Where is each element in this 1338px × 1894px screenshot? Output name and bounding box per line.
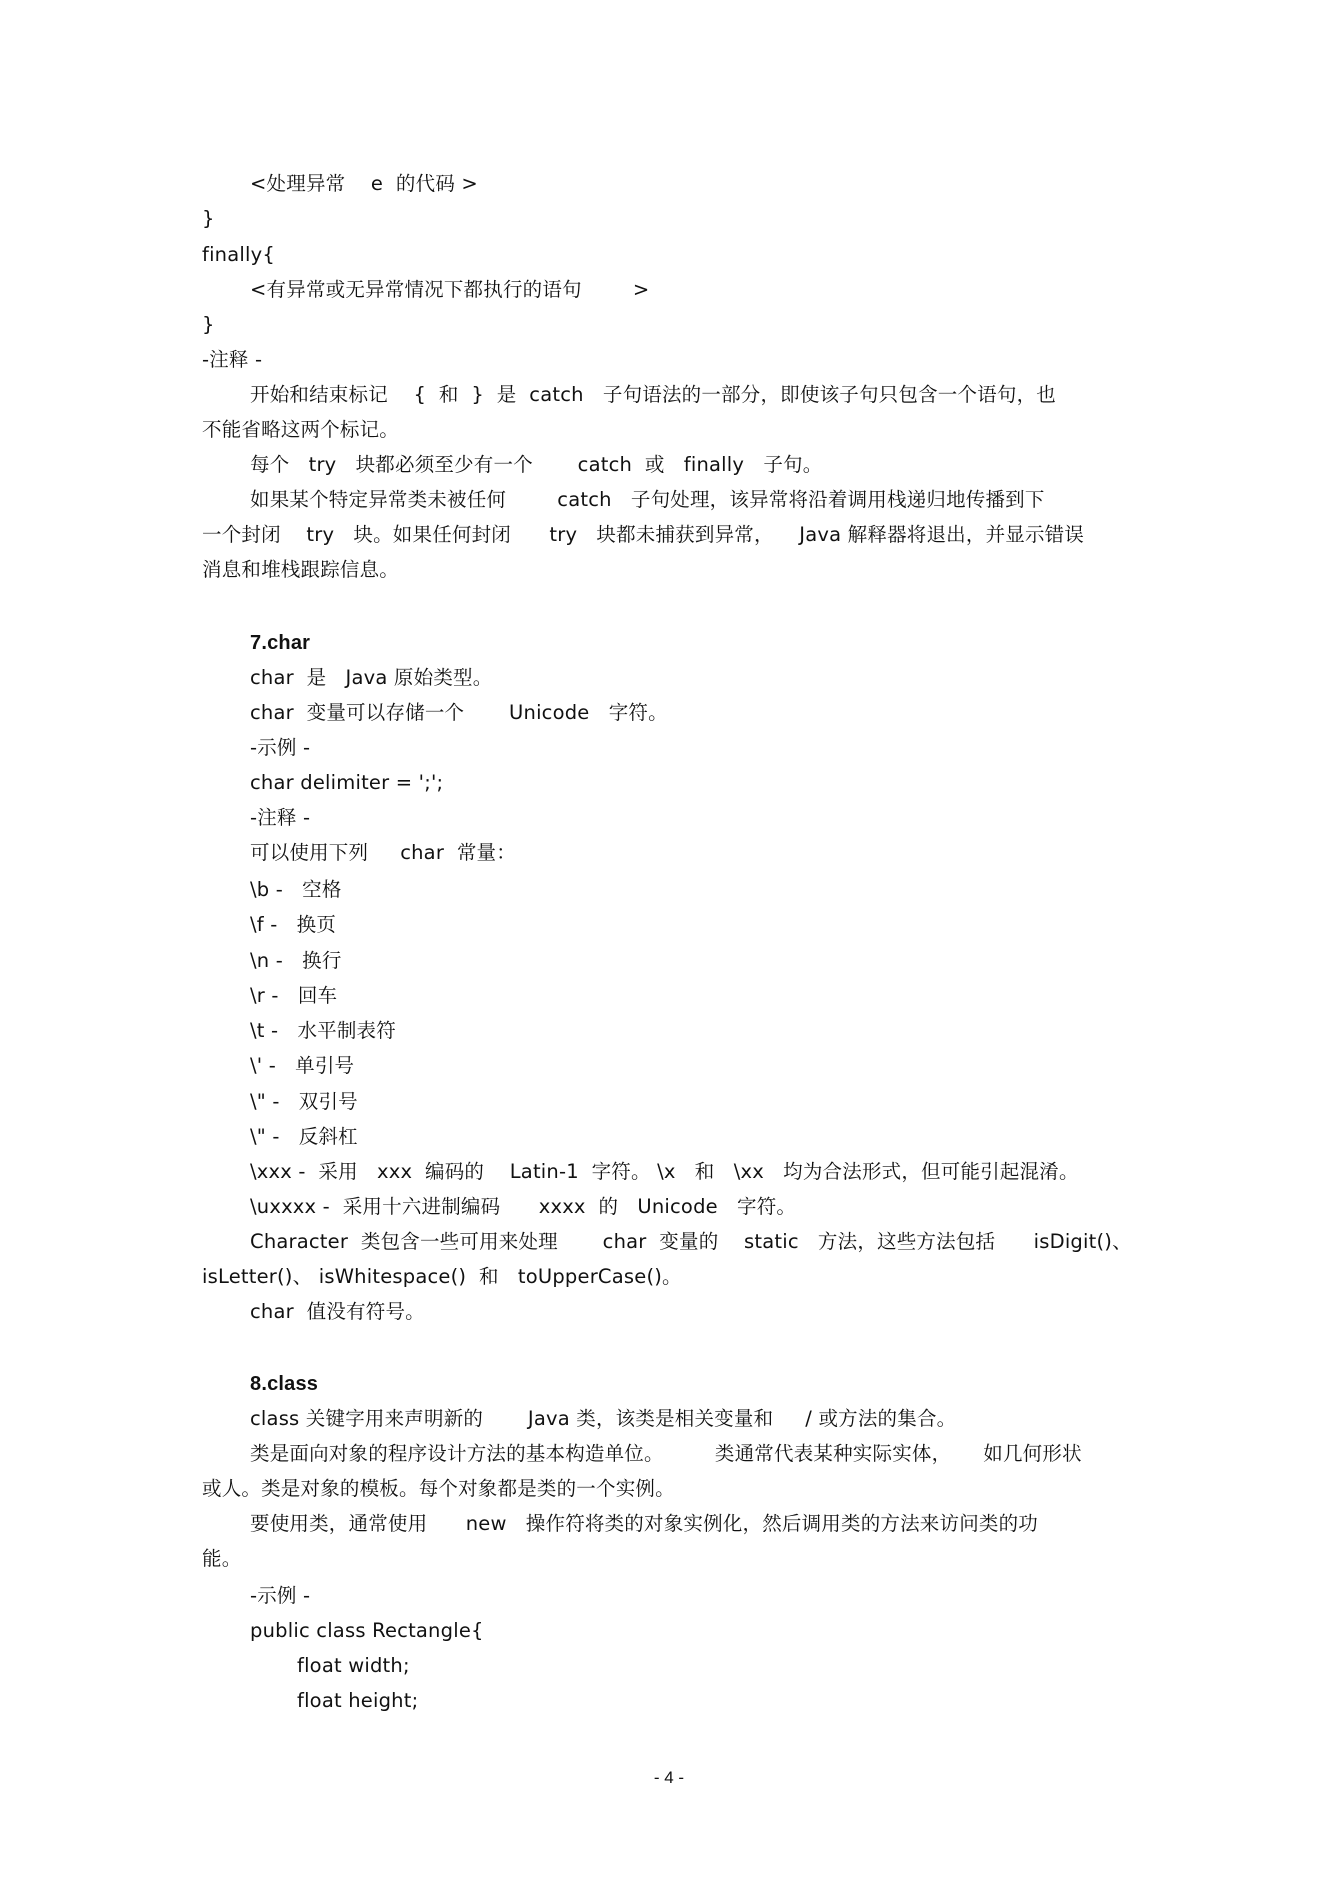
escape-item: \b - 空格: [250, 878, 342, 902]
escape-item: \f - 换页: [250, 913, 336, 937]
code-line: float height;: [297, 1689, 418, 1713]
code-line: }: [202, 207, 215, 231]
code-line: }: [202, 313, 215, 337]
paragraph-line: 如果某个特定异常类未被任何 catch 子句处理，该异常将沿着调用栈递归地传播到…: [250, 488, 1045, 512]
code-line: float width;: [297, 1654, 410, 1678]
note-label: -注释 -: [202, 348, 262, 372]
paragraph-line: 能。: [202, 1547, 241, 1571]
page-number: - 4 -: [0, 1768, 1338, 1788]
paragraph-line: 要使用类，通常使用 new 操作符将类的对象实例化，然后调用类的方法来访问类的功: [250, 1512, 1038, 1536]
paragraph-line: 类是面向对象的程序设计方法的基本构造单位。 类通常代表某种实际实体， 如几何形状: [250, 1442, 1082, 1466]
escape-item: \" - 反斜杠: [250, 1125, 358, 1149]
paragraph-line: 开始和结束标记 { 和 } 是 catch 子句语法的一部分，即使该子句只包含一…: [250, 383, 1056, 407]
paragraph-line: 可以使用下列 char 常量：: [250, 841, 516, 865]
escape-item: \n - 换行: [250, 949, 342, 973]
paragraph-line: 一个封闭 try 块。如果任何封闭 try 块都未捕获到异常， Java 解释器…: [202, 523, 1084, 547]
document-page: <处理异常 e 的代码 > } finally{ <有异常或无异常情况下都执行的…: [0, 0, 1338, 1894]
paragraph-line: \xxx - 采用 xxx 编码的 Latin-1 字符。 \x 和 \xx 均…: [250, 1160, 1079, 1184]
code-line: finally{: [202, 243, 275, 267]
paragraph-line: \uxxxx - 采用十六进制编码 xxxx 的 Unicode 字符。: [250, 1195, 796, 1219]
escape-item: \t - 水平制表符: [250, 1019, 396, 1043]
paragraph-line: char 值没有符号。: [250, 1300, 425, 1324]
paragraph-line: 或人。类是对象的模板。每个对象都是类的一个实例。: [202, 1477, 675, 1501]
paragraph-line: Character 类包含一些可用来处理 char 变量的 static 方法，…: [250, 1230, 1132, 1254]
code-line: <有异常或无异常情况下都执行的语句 >: [250, 278, 649, 302]
paragraph-line: class 关键字用来声明新的 Java 类，该类是相关变量和 / 或方法的集合…: [250, 1407, 956, 1431]
paragraph-line: 不能省略这两个标记。: [202, 418, 399, 442]
paragraph-line: isLetter()、 isWhitespace() 和 toUpperCase…: [202, 1265, 682, 1289]
paragraph-line: char 是 Java 原始类型。: [250, 666, 492, 690]
code-line: <处理异常 e 的代码 >: [250, 172, 478, 196]
escape-item: \" - 双引号: [250, 1090, 358, 1114]
escape-item: \' - 单引号: [250, 1054, 354, 1078]
note-label: -注释 -: [250, 806, 310, 830]
example-label: -示例 -: [250, 1584, 310, 1608]
section-heading-char: 7.char: [250, 631, 310, 655]
escape-item: \r - 回车: [250, 984, 337, 1008]
example-label: -示例 -: [250, 736, 310, 760]
code-line: char delimiter = ';';: [250, 771, 443, 795]
section-heading-class: 8.class: [250, 1372, 318, 1396]
paragraph-line: 每个 try 块都必须至少有一个 catch 或 finally 子句。: [250, 453, 822, 477]
code-line: public class Rectangle{: [250, 1619, 484, 1643]
paragraph-line: 消息和堆栈跟踪信息。: [202, 558, 399, 582]
paragraph-line: char 变量可以存储一个 Unicode 字符。: [250, 701, 668, 725]
